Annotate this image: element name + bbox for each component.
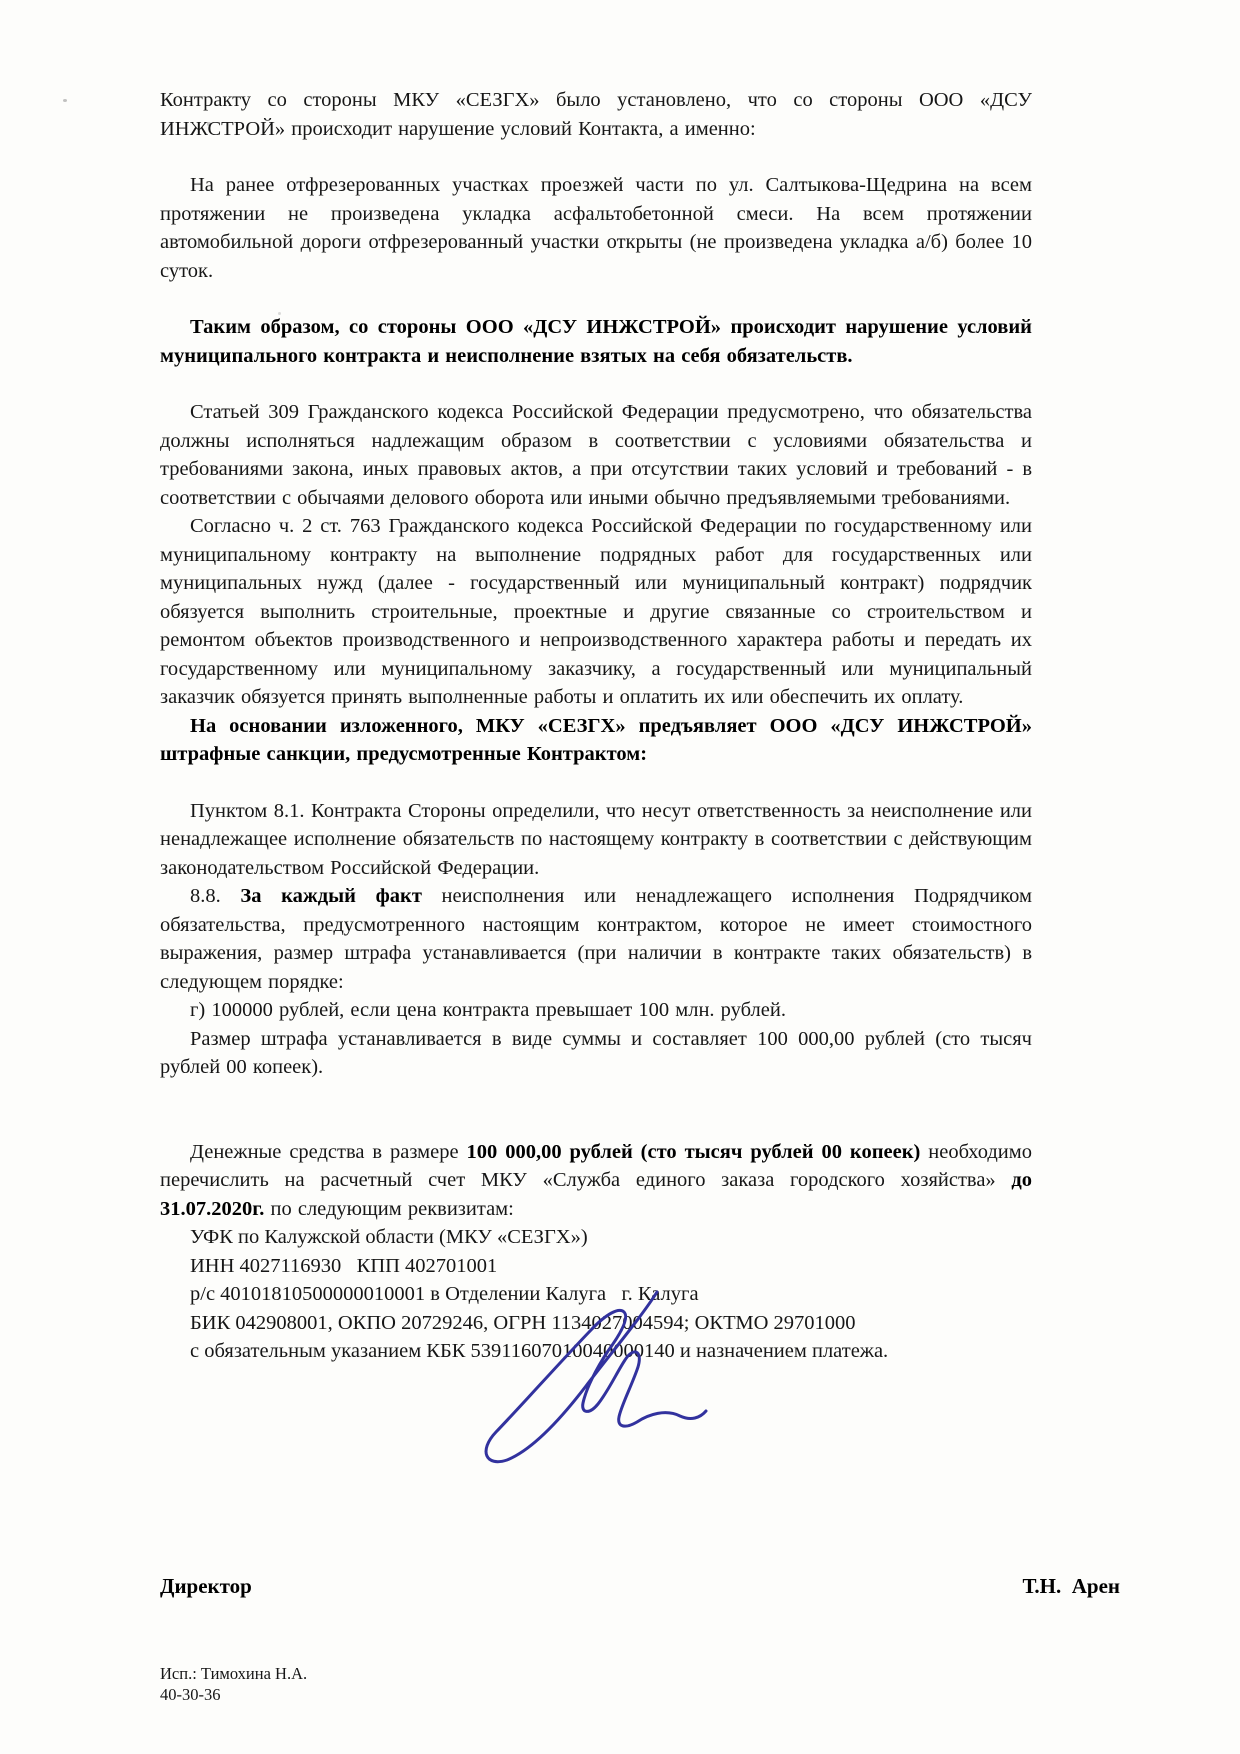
paragraph-payment-instruction: Денежные средства в размере 100 000,00 р… (160, 1138, 1032, 1224)
payment-intro: Денежные средства в размере (190, 1141, 467, 1163)
director-label: Директор (160, 1574, 252, 1599)
executor-phone: 40-30-36 (160, 1684, 1032, 1705)
clause-8-8-number: 8.8. (190, 885, 240, 907)
paragraph-fine-amount: Размер штрафа устанавливается в виде сум… (160, 1025, 1032, 1082)
requisite-inn-kpp-line: ИНН 4027116930 КПП 402701001 (160, 1252, 1032, 1281)
paragraph-penalty-claim: На основании изложенного, МКУ «СЕЗГХ» пр… (160, 712, 1032, 769)
signature-row: Директор Т.Н. Арен (160, 1574, 1120, 1599)
requisite-bik-okpo-ogrn-line: БИК 042908001, ОКПО 20729246, ОГРН 11340… (160, 1309, 1032, 1338)
footer-block: Исп.: Тимохина Н.А. 40-30-36 (160, 1663, 1032, 1705)
paragraph-road-milling-facts: На ранее отфрезерованных участках проезж… (160, 171, 1032, 285)
clause-8-8-bold-phrase: За каждый факт (240, 885, 422, 907)
requisite-account-line: р/с 40101810500000010001 в Отделении Кал… (160, 1280, 1032, 1309)
paragraph-clause-8-8: 8.8. За каждый факт неисполнения или нен… (160, 882, 1032, 996)
executor-line: Исп.: Тимохина Н.А. (160, 1663, 1032, 1684)
payment-tail: по следующим реквизитам: (264, 1198, 513, 1220)
signer-name: Т.Н. Арен (1022, 1574, 1120, 1599)
payment-amount-bold: 100 000,00 рублей (сто тысяч рублей 00 к… (467, 1141, 921, 1163)
paragraph-civil-code-763: Согласно ч. 2 ст. 763 Гражданского кодек… (160, 512, 1032, 712)
paragraph-conclusion-violation: Таким образом, со стороны ООО «ДСУ ИНЖСТ… (160, 313, 1032, 370)
paragraph-contract-violation-intro: Контракту со стороны МКУ «СЕЗГХ» было ус… (160, 86, 1032, 143)
scan-speck (63, 99, 67, 102)
paragraph-fine-tier-g: г) 100000 рублей, если цена контракта пр… (160, 996, 1032, 1025)
requisite-ufk-line: УФК по Калужской области (МКУ «СЕЗГХ») (160, 1223, 1032, 1252)
paragraph-clause-8-1: Пунктом 8.1. Контракта Стороны определил… (160, 797, 1032, 883)
document-page: Контракту со стороны МКУ «СЕЗГХ» было ус… (160, 86, 1032, 1705)
paragraph-civil-code-309: Статьей 309 Гражданского кодекса Российс… (160, 398, 1032, 512)
requisite-kbk-line: с обязательным указанием КБК 53911607010… (160, 1337, 1032, 1366)
